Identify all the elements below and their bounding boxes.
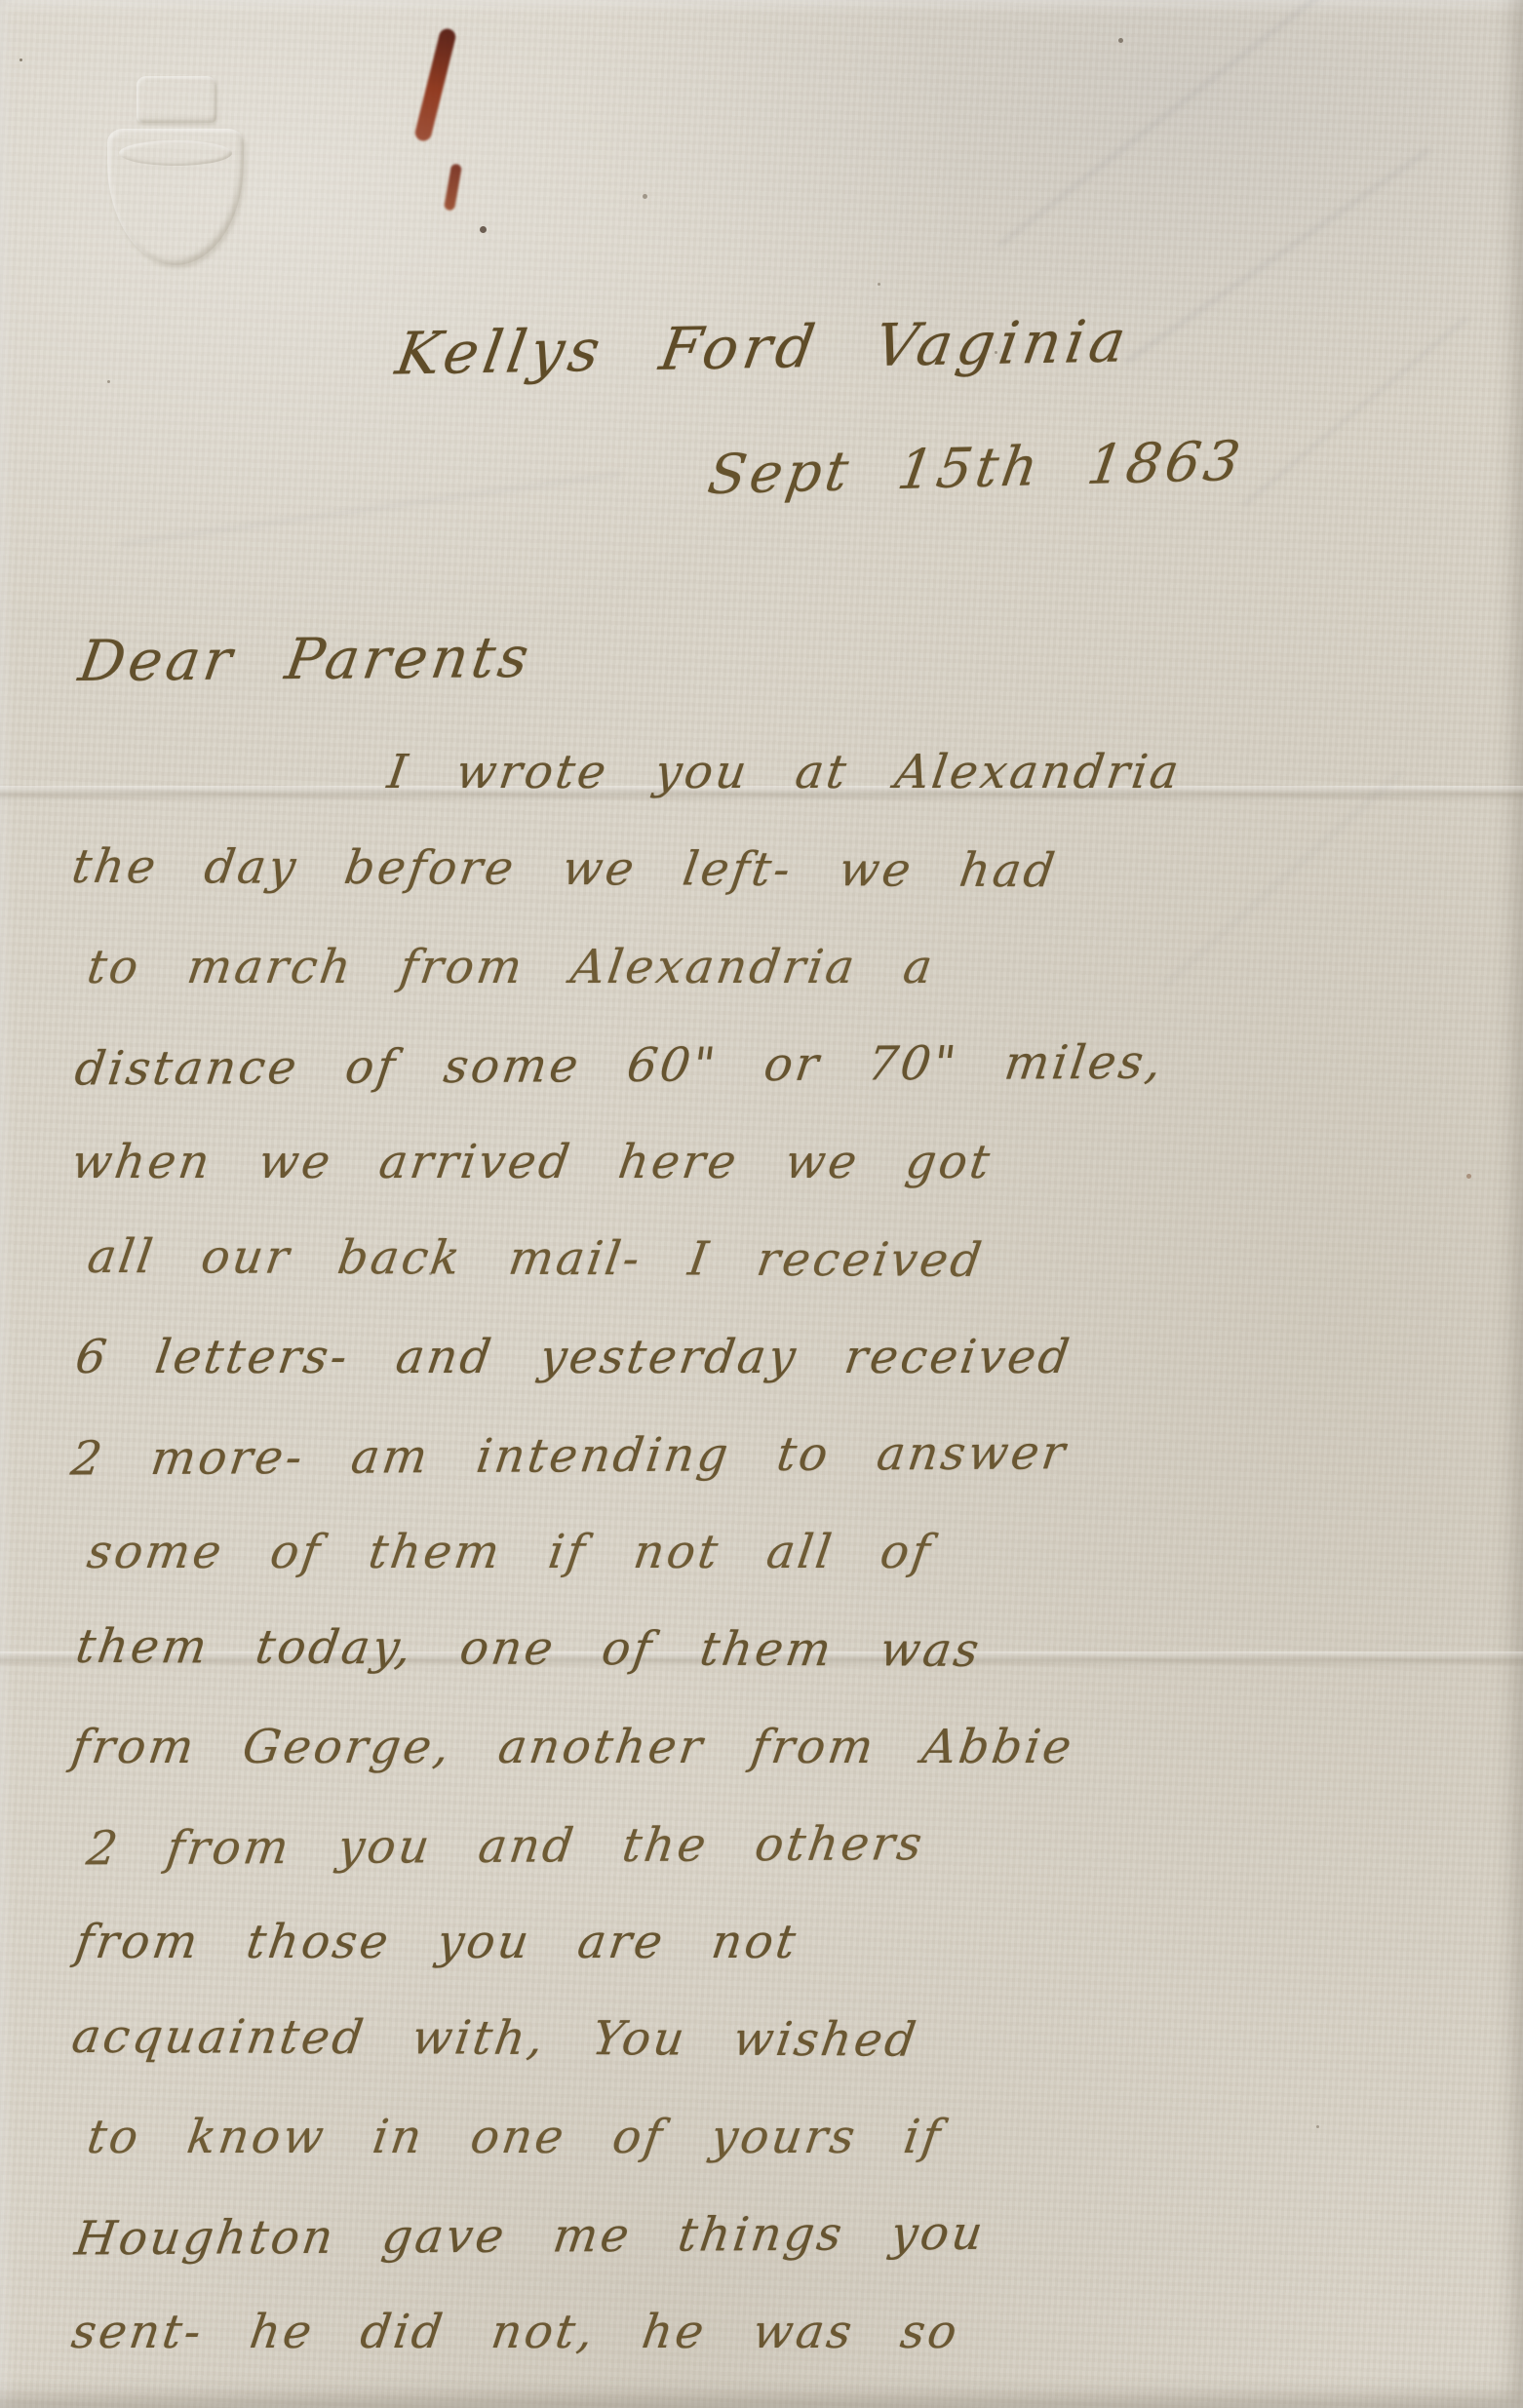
paper-specks (20, 58, 22, 61)
show-through-stroke (119, 472, 621, 546)
handwritten-line: from those you are not (69, 1893, 1501, 1991)
handwritten-line: acquainted with, You wished (65, 1988, 1501, 2091)
handwritten-line: some of them if not all of (81, 1503, 1501, 1601)
handwritten-line: from George, another from Abbie (65, 1698, 1501, 1796)
handwritten-line: when we arrived here we got (65, 1113, 1501, 1211)
letter-body: I wrote you at Alexandria the day before… (72, 723, 1494, 2381)
handwritten-line: distance of some 60" or 70" miles, (69, 1012, 1502, 1118)
red-ink-stain-streak (413, 27, 457, 143)
show-through-stroke (997, 0, 1323, 248)
paper-sheet: Kellys Ford Vaginia Sept 15th 1863 Dear … (0, 0, 1523, 2408)
handwritten-line: 2 more- am intending to answer (65, 1402, 1502, 1508)
handwritten-line: sent- he did not, he was so (65, 2283, 1501, 2381)
handwritten-line: I wrote you at Alexandria (69, 723, 1501, 821)
handwritten-line: to march from Alexandria a (81, 918, 1501, 1016)
handwritten-line: Houghton gave me things you (69, 2182, 1502, 2288)
show-through-stroke (1124, 147, 1430, 364)
handwritten-line: to know in one of yours if (81, 2088, 1501, 2186)
crest-scroll-icon (119, 140, 232, 166)
show-through-stroke (1242, 316, 1468, 507)
salutation: Dear Parents (75, 624, 537, 694)
crest-crown-icon (137, 76, 216, 123)
handwritten-line: all our back mail- I received (81, 1208, 1501, 1311)
handwritten-line: them today, one of them was (69, 1598, 1501, 1701)
heading-place-line: Kellys Ford Vaginia (391, 307, 1135, 388)
handwritten-line: 2 from you and the others (81, 1792, 1502, 1898)
heading-date-line: Sept 15th 1863 (704, 430, 1248, 507)
red-ink-stain-dash (444, 163, 462, 211)
handwritten-line: the day before we left- we had (65, 818, 1501, 921)
scanned-letter-page: { "document": { "kind": "handwritten-let… (0, 0, 1523, 2408)
handwritten-line: 6 letters- and yesterday received (69, 1308, 1501, 1406)
embossed-crest-icon (99, 64, 252, 269)
ink-speck (480, 226, 487, 233)
